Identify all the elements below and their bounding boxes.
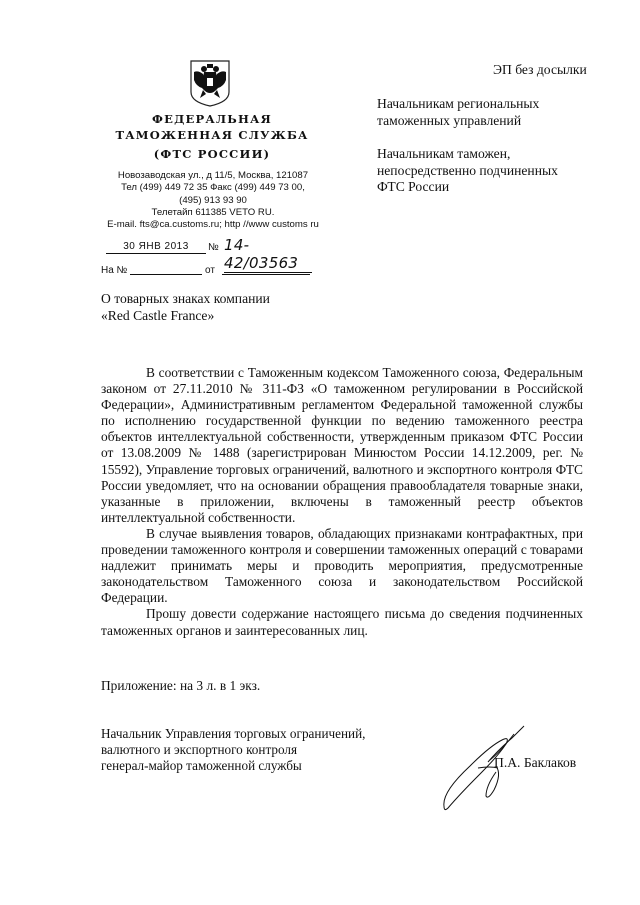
recipient-line: таможенных управлений [377, 113, 539, 130]
letter-subject: О товарных знаках компании «Red Castle F… [101, 290, 270, 324]
delivery-note: ЭП без досылки [493, 62, 587, 78]
signatory-title-line: Начальник Управления торговых ограничени… [101, 726, 365, 742]
recipient-line: непосредственно подчиненных [377, 163, 558, 180]
recipient-line: ФТС России [377, 179, 558, 196]
reply-to-label: На № [101, 265, 127, 276]
org-address-block: Новозаводская ул., д 11/5, Москва, 12108… [88, 170, 338, 231]
letter-date: 30 ЯНВ 2013 [106, 241, 206, 254]
recipient-group-regional: Начальникам региональных таможенных упра… [377, 96, 539, 129]
number-label: № [208, 242, 219, 253]
body-paragraph: В соответствии с Таможенным кодексом Там… [101, 365, 583, 526]
coat-of-arms-icon [188, 58, 232, 108]
org-name-line1: ФЕДЕРАЛЬНАЯ [96, 112, 328, 126]
email-web-line: E-mail. fts@ca.customs.ru; http //www cu… [88, 219, 338, 231]
attachment-note: Приложение: на 3 л. в 1 экз. [101, 678, 260, 694]
subject-line2: «Red Castle France» [101, 307, 270, 324]
signatory-name: П.А. Баклаков [494, 755, 576, 771]
body-paragraph: В случае выявления товаров, обладающих п… [101, 526, 583, 606]
signatory-title: Начальник Управления торговых ограничени… [101, 726, 365, 775]
reply-to-number-field [130, 274, 202, 275]
signatory-title-line: валютного и экспортного контроля [101, 742, 365, 758]
recipient-line: Начальникам таможен, [377, 146, 558, 163]
recipient-line: Начальникам региональных [377, 96, 539, 113]
phone-line: (495) 913 93 90 [88, 195, 338, 207]
address-line: Новозаводская ул., д 11/5, Москва, 12108… [88, 170, 338, 182]
letter-number: 14-42/03563 [224, 236, 312, 273]
recipient-group-customs: Начальникам таможен, непосредственно под… [377, 146, 558, 196]
signatory-title-line: генерал-майор таможенной службы [101, 758, 365, 774]
phone-fax-line: Тел (499) 449 72 35 Факс (499) 449 73 00… [88, 182, 338, 194]
org-abbreviation: (ФТС РОССИИ) [96, 147, 328, 161]
body-paragraph: Прошу довести содержание настоящего пись… [101, 606, 583, 638]
letter-body: В соответствии с Таможенным кодексом Там… [101, 365, 583, 639]
reply-to-date-field [222, 274, 310, 275]
from-label: от [205, 265, 215, 276]
org-name-line2: ТАМОЖЕННАЯ СЛУЖБА [96, 128, 328, 142]
subject-line1: О товарных знаках компании [101, 290, 270, 307]
teletype-line: Телетайп 611385 VETO RU. [88, 207, 338, 219]
